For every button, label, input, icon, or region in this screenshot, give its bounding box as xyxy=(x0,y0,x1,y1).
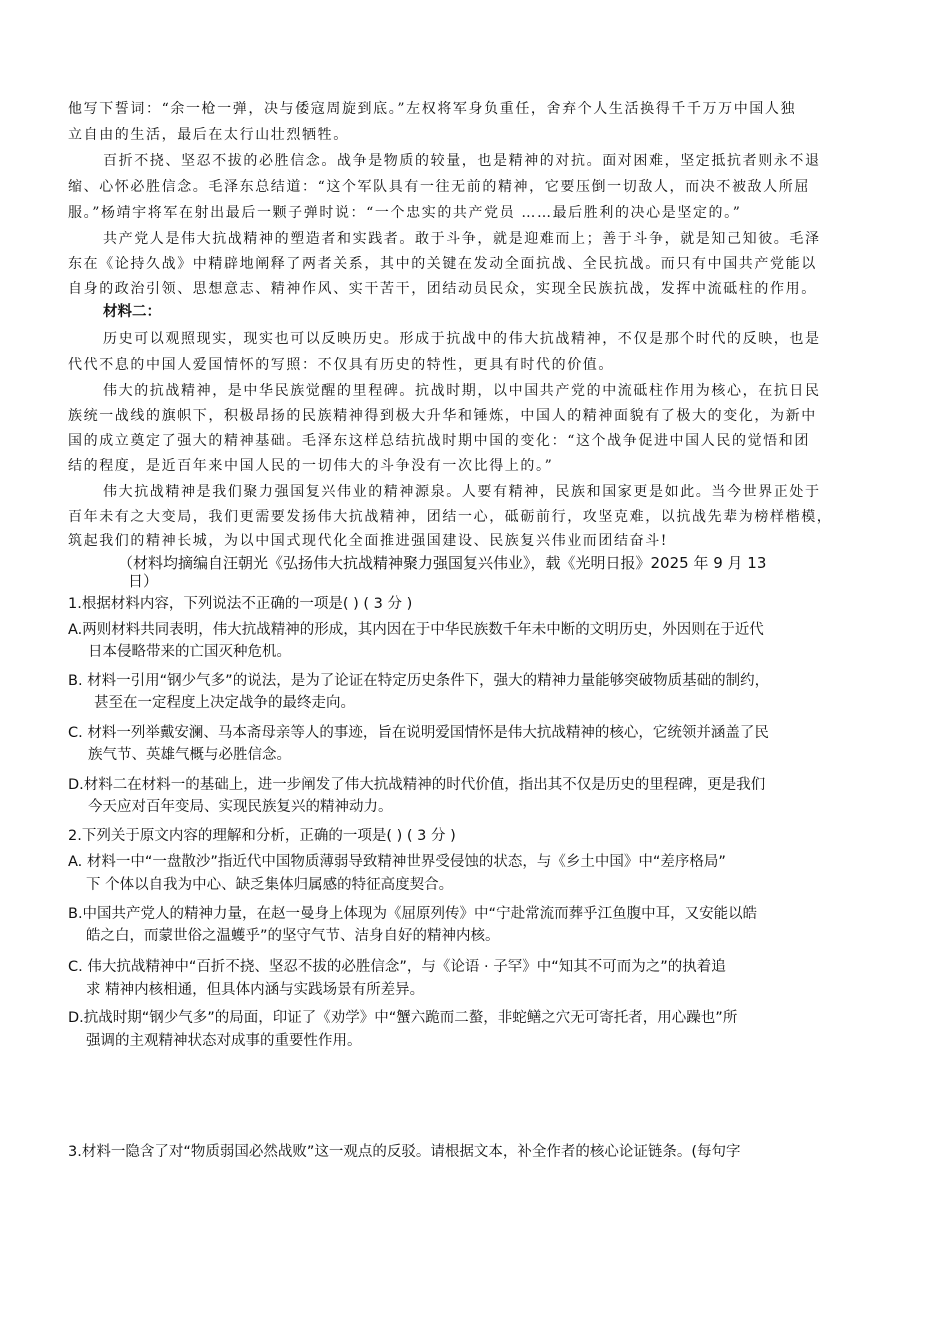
text-line: 服。”杨靖宇将军在射出最后一颗子弹时说：“一个忠实的共产党员 ……最后胜利的决心… xyxy=(68,204,742,222)
text-line: 百折不挠、坚忍不拔的必胜信念。战争是物质的较量，也是精神的对抗。面对困难，坚定抵… xyxy=(103,152,821,170)
text-line: 东在《论持久战》中精辟地阐释了两者关系，其中的关键在发动全面抗战、全民抗战。而只… xyxy=(68,255,817,273)
option-text: 强调的主观精神状态对成事的重要性作用。 xyxy=(86,1032,362,1050)
text-line: 代代不息的中国人爱国情怀的写照：不仅具有历史的特性，更具有时代的价值。 xyxy=(68,356,614,374)
option-text: C. 材料一列举戴安澜、马本斋母亲等人的事迹，旨在说明爱国情怀是伟大抗战精神的核… xyxy=(68,724,769,742)
option-text: 今天应对百年变局、实现民族复兴的精神动力。 xyxy=(88,798,393,816)
text-line: 百年未有之大变局，我们更需要发扬伟大抗战精神，团结一心，砥砺前行，攻坚克难，以抗… xyxy=(68,508,832,526)
question-stem: 3.材料一隐含了对“物质弱国必然战败”这一观点的反驳。请根据文本，补全作者的核心… xyxy=(68,1143,741,1161)
exam-page: 他写下誓词：“余一枪一弹，决与倭寇周旋到底。”左权将军身负重任，舍弃个人生活换得… xyxy=(0,0,950,1339)
option-text: 日本侵略带来的亡国灭种危机。 xyxy=(88,643,291,661)
text-line: 历史可以观照现实，现实也可以反映历史。形成于抗战中的伟大抗战精神，不仅是那个时代… xyxy=(103,330,821,348)
text-line: 国的成立奠定了强大的精神基础。毛泽东这样总结抗战时期中国的变化：“这个战争促进中… xyxy=(68,432,810,450)
text-line: 共产党人是伟大抗战精神的塑造者和实践者。敢于斗争，就是迎难而上；善于斗争，就是知… xyxy=(103,230,821,248)
citation-line: 日） xyxy=(128,572,158,590)
question-stem: 2.下列关于原文内容的理解和分析，正确的一项是( ) ( 3 分 ) xyxy=(68,827,456,845)
text-line: 立自由的生活，最后在太行山壮烈牺牲。 xyxy=(68,126,349,144)
option-text: A.两则材料共同表明，伟大抗战精神的形成，其内因在于中华民族数千年未中断的文明历… xyxy=(68,621,764,639)
option-text: 族气节、英雄气概与必胜信念。 xyxy=(88,746,291,764)
text-line: 结的程度，是近百年来中国人民的一切伟大的斗争没有一次比得上的。” xyxy=(68,457,553,475)
option-text: C. 伟大抗战精神中“百折不挠、坚忍不拔的必胜信念”，与《论语 · 子罕》中“知… xyxy=(68,958,726,976)
text-line: 筑起我们的精神长城，为以中国式现代化全面推进强国建设、民族复兴伟业而团结奋斗! xyxy=(68,532,668,550)
option-text: 皓之白，而蒙世俗之温蠖乎”的坚守气节、洁身自好的精神内核。 xyxy=(86,927,500,945)
option-text: D.材料二在材料一的基础上，进一步阐发了伟大抗战精神的时代价值，指出其不仅是历史… xyxy=(68,776,765,794)
text-line: 伟大抗战精神是我们聚力强国复兴伟业的精神源泉。人要有精神，民族和国家更是如此。当… xyxy=(103,483,821,501)
text-line: 自身的政治引领、思想意志、精神作风、实干苦干，团结动员民众，实现全民族抗战，发挥… xyxy=(68,280,817,298)
option-text: D.抗战时期“钢少气多”的局面，印证了《劝学》中“蟹六跪而二螯，非蛇鳝之穴无可寄… xyxy=(68,1009,737,1027)
text-line: 他写下誓词：“余一枪一弹，决与倭寇周旋到底。”左权将军身负重任，舍弃个人生活换得… xyxy=(68,100,796,118)
option-text: B.中国共产党人的精神力量，在赵一曼身上体现为《屈原列传》中“宁赴常流而葬乎江鱼… xyxy=(68,905,757,923)
option-text: 下 个体以自我为中心、缺乏集体归属感的特征高度契合。 xyxy=(86,876,453,894)
section-heading: 材料二： xyxy=(103,303,161,321)
question-stem: 1.根据材料内容，下列说法不正确的一项是( ) ( 3 分 ) xyxy=(68,595,412,613)
option-text: B. 材料一引用“钢少气多”的说法，是为了论证在特定历史条件下，强大的精神力量能… xyxy=(68,672,769,690)
text-line: 伟大的抗战精神，是中华民族觉醒的里程碑。抗战时期，以中国共产党的中流砥柱作用为核… xyxy=(103,382,821,400)
option-text: 求 精神内核相通，但具体内涵与实践场景有所差异。 xyxy=(86,981,424,999)
option-text: 甚至在一定程度上决定战争的最终走向。 xyxy=(94,694,355,712)
option-text: A. 材料一中“一盘散沙”指近代中国物质薄弱导致精神世界受侵蚀的状态，与《乡土中… xyxy=(68,853,726,871)
citation-line: （材料均摘编自汪朝光《弘扬伟大抗战精神聚力强国复兴伟业》，载《光明日报》2025… xyxy=(118,554,766,572)
text-line: 族统一战线的旗帜下，积极昂扬的民族精神得到极大升华和锤炼，中国人的精神面貌有了极… xyxy=(68,407,817,425)
text-line: 缩、心怀必胜信念。毛泽东总结道：“这个军队具有一往无前的精神，它要压倒一切敌人，… xyxy=(68,178,810,196)
